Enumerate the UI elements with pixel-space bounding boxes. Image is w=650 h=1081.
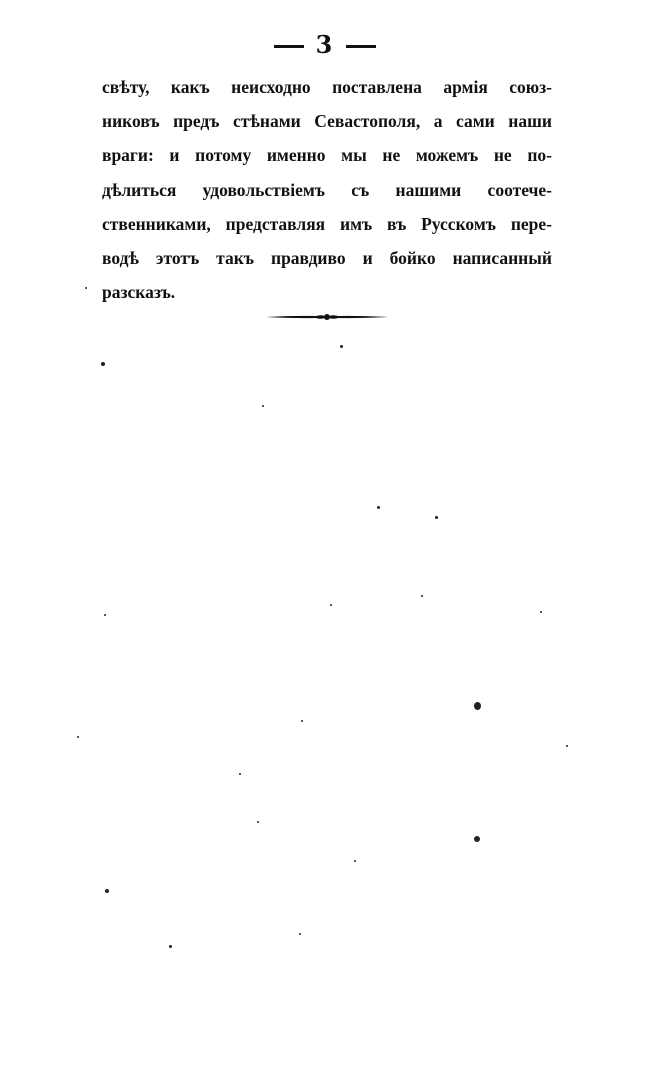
page-header: 3 xyxy=(0,30,650,59)
section-divider-ornament-icon xyxy=(266,312,388,322)
scanned-book-page: 3 свѣту, какъ неисходно поставлена армія… xyxy=(0,0,650,1081)
body-paragraph: свѣту, какъ неисходно поставлена армія с… xyxy=(102,70,552,309)
header-left-dash xyxy=(274,45,304,48)
page-number: 3 xyxy=(316,30,335,59)
text-line: разсказъ. xyxy=(102,275,552,309)
text-line: никовъ предъ стѣнами Севастополя, а сами… xyxy=(102,104,552,138)
text-line: враги: и потому именно мы не можемъ не п… xyxy=(102,138,552,172)
text-line: свѣту, какъ неисходно поставлена армія с… xyxy=(102,70,552,104)
header-right-dash xyxy=(346,45,376,48)
text-line: ственниками, представляя имъ въ Русскомъ… xyxy=(102,207,552,241)
text-line: водѣ этотъ такъ правдиво и бойко написан… xyxy=(102,241,552,275)
text-line: дѣлиться удовольствіемъ съ нашими соотеч… xyxy=(102,173,552,207)
